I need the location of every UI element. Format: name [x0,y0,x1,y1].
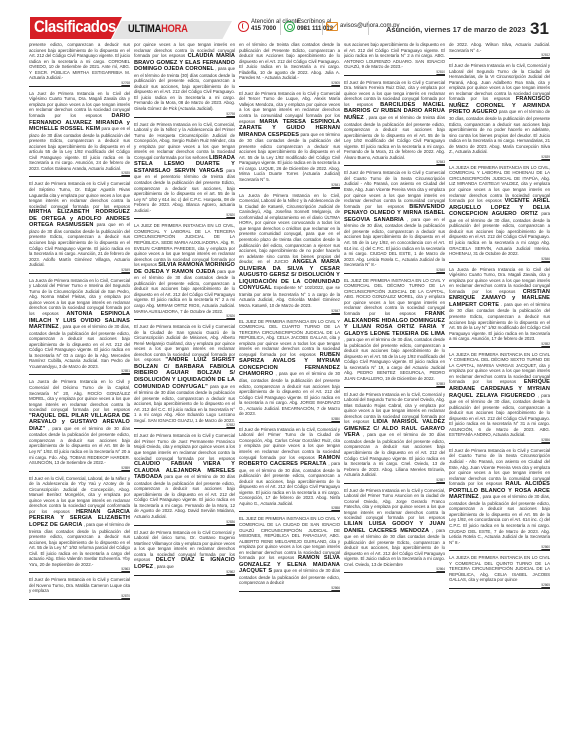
legal-notice: EL JUEZ DE PRIMERA INSTANCIA EN LO CIVIL… [344,276,445,388]
notice-party-names: DELCY DIAZ E IGNACIO LOPEZ [134,557,235,570]
legal-notice: LA JUEZ DE PRIMERA INSTANCIA EN LO CIVIL… [134,221,235,320]
legal-notice: La Jueza de Primera Instancia en lo Civi… [29,377,130,471]
notice-code: 52859 [29,466,130,470]
notice-code: 52835 [29,171,130,175]
legal-notice: El Juez de Primera Instancia en lo Civil… [29,575,130,600]
notice-party-names: LILIAN LUISA GODOY Y JUAN DANIEL CACERES… [344,521,445,534]
legal-notice: LA JUEZA DE PRIMERA INSTANCIA EN LO CIVI… [449,553,550,589]
classifieds-columns: presente edicto, comparezcan a deducir s… [29,40,550,746]
notice-code: 52864 [344,567,445,571]
legal-notice: El Juez de Primera Instancia en lo Civil… [449,61,550,161]
notice-code: 52846 [449,257,550,261]
notice-code: 52850 [239,417,340,421]
notice-text-continued: para que en el plazo de 30 días contados… [29,126,130,171]
notice-code: 52852 [449,342,550,346]
notice-code: 52843 [344,160,445,164]
notice-code: 52856 [449,438,550,442]
legal-notice: por quince veces a los que tengan interé… [134,40,235,118]
notice-code: 52860 [449,545,550,549]
notice-code: 52862 [134,570,235,574]
legal-notice: EL JUEZ DE PRIMERA INSTANCIA EN LO CIVIL… [239,514,340,592]
notice-text: El Juez de Primera Instancia en lo Civil… [29,181,130,208]
notice-code: 52866 [239,586,340,590]
legal-notice: La Jueza de Primera Instancia en lo Civi… [239,191,340,315]
column-3: en el término de treinta días contados d… [239,40,340,746]
notice-code: 52810 [344,70,445,74]
notice-code: 52836 [134,520,235,524]
notice-code: 52847 [239,309,340,313]
notice-text: La Jueza de Primera Instancia en lo Civi… [29,379,130,412]
legal-notice: El Juez de Primera Instancia en lo Civil… [134,431,235,525]
divider [368,21,369,35]
notice-text: El Juez de Primera Instancia en lo Civil… [29,577,130,593]
notice-code: 52851 [29,369,130,373]
notice-text-continued: para que en el plazo de 30 días contados… [29,222,130,267]
legal-notice: El Juez de Primera Instancia en lo Civil… [239,425,340,513]
notice-text-continued: , para que en el término de 30 días, con… [344,217,445,267]
legal-notice: El Juez en lo Civil, Comercial, Laboral,… [29,474,130,574]
notice-code: 52858 [239,506,340,510]
publication-date: Asunción, viernes 17 de marzo de 2023 [386,25,526,34]
column-5: de 2022. Abog. Wilson Silva, Actuario Ju… [449,40,550,746]
notice-text-continued: para que en el término de 30 días, conta… [449,211,550,256]
legal-notice: El Juez de Primera Instancia en lo Civil… [239,89,340,189]
legal-notice: presente edicto, comparezcan a deducir s… [29,40,130,87]
notice-text-continued: para que en término de 30 días contados … [239,132,340,182]
legal-notice: La Jueza de Primera Instancia en lo Civi… [449,265,550,348]
notice-code: 52853 [344,382,445,386]
legal-notice: LA JUEZA DE PRIMERA INSTANCIA EN LO CIVI… [449,163,550,263]
notice-text-continued: , para que, en el término de 30 días, co… [239,461,340,506]
legal-notice: La Juez de Primera Instancia en lo Civil… [29,89,130,178]
legal-notice: El Juez de Primera Instancia en lo Civil… [344,390,445,484]
column-1: presente edicto, comparezcan a deducir s… [29,40,130,746]
notice-code: 52805 [239,81,340,85]
legal-notice: El Juez de Primera Instancia en lo Civil… [344,168,445,273]
notice-code: 52865 [449,583,550,587]
notice-code: 52848 [344,268,445,272]
whatsapp-icon [284,21,295,32]
legal-notice: El Juez de Primera Instancia en lo Civil… [29,179,130,273]
notice-code: 52863 [29,567,130,571]
legal-notice: El Juez de Primera Instancia en lo Civil… [134,120,235,220]
divider [322,21,323,35]
legal-notice: EL JUEZ DE PRIMERA INSTANCIA EN LO CIVIL… [239,317,340,423]
column-4: sus acciones bajo apercibimiento de lo d… [344,40,445,746]
notice-text-continued: , para que en el término de 30 días, con… [449,393,550,438]
notice-code: 52839 [449,155,550,159]
notice-text-continued: , para que en el término de 30 días, con… [239,371,340,416]
notice-text: La Jueza de Primera Instancia en lo Civi… [239,193,340,265]
notice-text-continued: , para que en el término de treinta días… [344,115,445,160]
legal-notice: El Juez de Primera Instancia en lo Civil… [344,486,445,574]
column-2: por quince veces a los que tengan interé… [134,40,235,746]
notice-text: en el término de treinta días contados d… [239,42,340,80]
legal-notice: de 2022. Abog. Wilson Silva, Actuario Ju… [449,40,550,59]
notice-code: 52768 [29,81,130,85]
notice-text: de 2022. Abog. Wilson Silva, Actuario Ju… [449,42,550,53]
notice-text: LA JUEZA DE PRIMERA INSTANCIA EN LO CIVI… [449,555,550,582]
legal-notice: El Juez de Primera Instancia en lo Civil… [449,446,550,551]
notice-text-continued: para que en el término de 30 días, conta… [449,109,550,154]
legal-notice: sus acciones bajo apercibimiento de lo d… [344,40,445,76]
notice-code: 52820 [134,213,235,217]
notice-text-continued: , para que el término de treinta días co… [29,522,130,567]
notice-text-continued: , para que en el término de 30 días, con… [29,324,130,369]
notice-code: 52812 [449,53,550,57]
notice-code: 52857 [344,478,445,482]
legal-notice: El Juez de Primera Instancia en lo Civil… [134,322,235,429]
legal-notice: El Juez de Primera Instancia en lo Civil… [134,528,235,577]
notice-text-continued: . para que en el término de 30 días cont… [449,302,550,341]
section-title: Clasificados [34,17,116,37]
mail-icon [326,22,338,31]
newspaper-logo: ULTIMAHORA [128,23,188,35]
page-header: Clasificados ULTIMAHORA Atención al clie… [30,17,550,39]
notice-text: presente edicto, comparezcan a deducir s… [29,42,130,80]
divider [280,21,281,35]
notice-text-continued: para que en el término de 30 días contad… [134,384,235,423]
notice-text-continued: para que en el perentorio término de tre… [134,168,235,213]
legal-notice: en el término de treinta días contados d… [239,40,340,87]
notice-code: 52832 [134,423,235,427]
notice-text: EL JUEZ DE PRIMERA INSTANCIA EN LO CIVIL… [239,516,340,560]
notice-text: El Juez de Primera Instancia en lo Civil… [134,433,235,460]
notice-text-continued: para que en el término de 30 días contad… [134,474,235,519]
section-banner: Clasificados [30,17,122,39]
notice-code: 52826 [134,314,235,318]
notice-code: 52841 [239,183,340,187]
notice-text-continued: , para que en el término de 30 días cont… [344,432,445,477]
notice-text-continued: , para que en el término de 30 días, con… [344,337,445,381]
notice-code: 52798 [134,112,235,116]
legal-notice: La Jueza de Primera Instancia en lo Civi… [29,276,130,376]
notice-code: 52870 [29,594,130,598]
notice-text-continued: , para que en el término de treinta (30)… [134,66,235,111]
notice-code: 52849 [29,268,130,272]
notice-text-continued: para que en el término de 30 días contad… [134,269,235,314]
notice-text-continued: , para que [154,564,173,569]
legal-notice: El Juez de Primera Instancia en lo Civil… [344,78,445,167]
legal-notice: LA JUEZA DE PRIMERA INSTANCIA EN LO CIVI… [449,350,550,444]
notice-text: sus acciones bajo apercibimiento de lo d… [344,42,445,69]
notice-text-continued: , para que en el término de 30 días cont… [344,528,445,567]
notice-text: El Juez de Primera Instancia en lo Civil… [344,488,445,521]
notice-text-continued: , para que en el término de 30 días, con… [449,494,550,544]
notice-text-continued: , para que en el término de 30 días cont… [29,426,130,465]
phone-icon [238,21,249,32]
page-number: 31 [530,19,549,39]
notice-text: LA JUEZ DE PRIMERA INSTANCIA EN LO CIVIL… [134,223,235,267]
